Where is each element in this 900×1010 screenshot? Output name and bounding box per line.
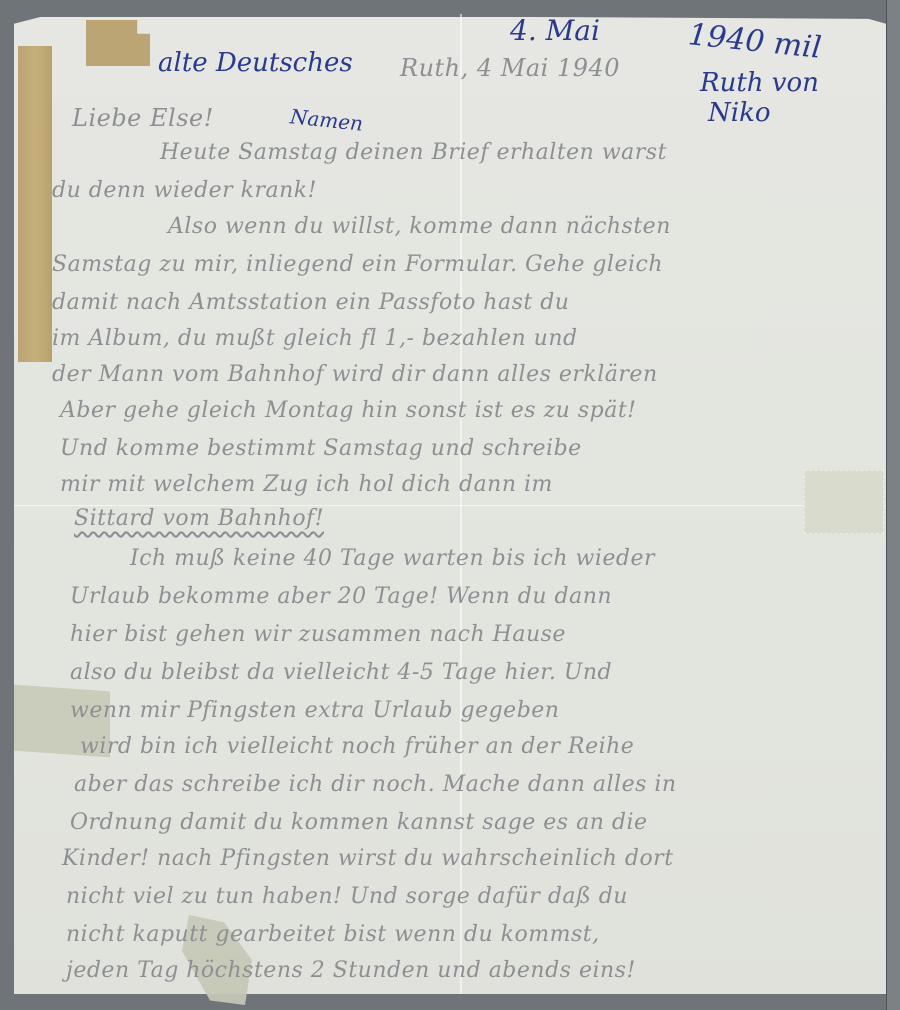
ink-note-date: 4. Mai [510, 14, 600, 47]
ink-note-from-2: Niko [708, 98, 770, 128]
letter-line: damit nach Amtsstation ein Passfoto hast… [52, 290, 569, 315]
letter-salutation: Liebe Else! [72, 104, 214, 132]
letter-line: Ordnung damit du kommen kannst sage es a… [70, 810, 648, 835]
letter-line: aber das schreibe ich dir noch. Mache da… [74, 772, 677, 797]
letter-line: Aber gehe gleich Montag hin sonst ist es… [60, 398, 637, 423]
letter-line: jeden Tag höchstens 2 Stunden und abends… [66, 958, 636, 983]
letter-scan: alte Deutsches 4. Mai 1940 mil Ruth von … [0, 0, 900, 1010]
tape-strip-left [18, 46, 52, 362]
scanner-edge [886, 0, 900, 1010]
letter-line: hier bist gehen wir zusammen nach Hause [70, 622, 566, 647]
letter-line: Urlaub bekomme aber 20 Tage! Wenn du dan… [70, 584, 612, 609]
ink-note-from-1: Ruth von [700, 68, 819, 98]
letter-line: Heute Samstag deinen Brief erhalten wars… [160, 140, 667, 165]
tape-strip-right [804, 470, 884, 534]
letter-line: im Album, du mußt gleich fl 1,- bezahlen… [52, 326, 578, 351]
letter-line: Und komme bestimmt Samstag und schreibe [60, 436, 582, 461]
letter-line: Kinder! nach Pfingsten wirst du wahrsche… [62, 846, 674, 871]
letter-line: Sittard vom Bahnhof! [74, 506, 324, 531]
letter-line: wird bin ich vielleicht noch früher an d… [80, 734, 634, 759]
letter-line: nicht viel zu tun haben! Und sorge dafür… [66, 884, 628, 909]
letter-line: du denn wieder krank! [52, 178, 317, 203]
letter-header-date: Ruth, 4 Mai 1940 [400, 54, 620, 82]
letter-line: der Mann vom Bahnhof wird dir dann alles… [52, 362, 658, 387]
letter-line: Samstag zu mir, inliegend ein Formular. … [52, 252, 663, 277]
letter-line: mir mit welchem Zug ich hol dich dann im [60, 472, 553, 497]
ink-note-language: alte Deutsches [158, 48, 353, 78]
letter-line: also du bleibst da vielleicht 4-5 Tage h… [70, 660, 612, 685]
letter-line: wenn mir Pfingsten extra Urlaub gegeben [70, 698, 559, 723]
letter-line: nicht kaputt gearbeitet bist wenn du kom… [66, 922, 600, 947]
letter-line: Also wenn du willst, komme dann nächsten [168, 214, 671, 239]
letter-line: Ich muß keine 40 Tage warten bis ich wie… [130, 546, 655, 571]
